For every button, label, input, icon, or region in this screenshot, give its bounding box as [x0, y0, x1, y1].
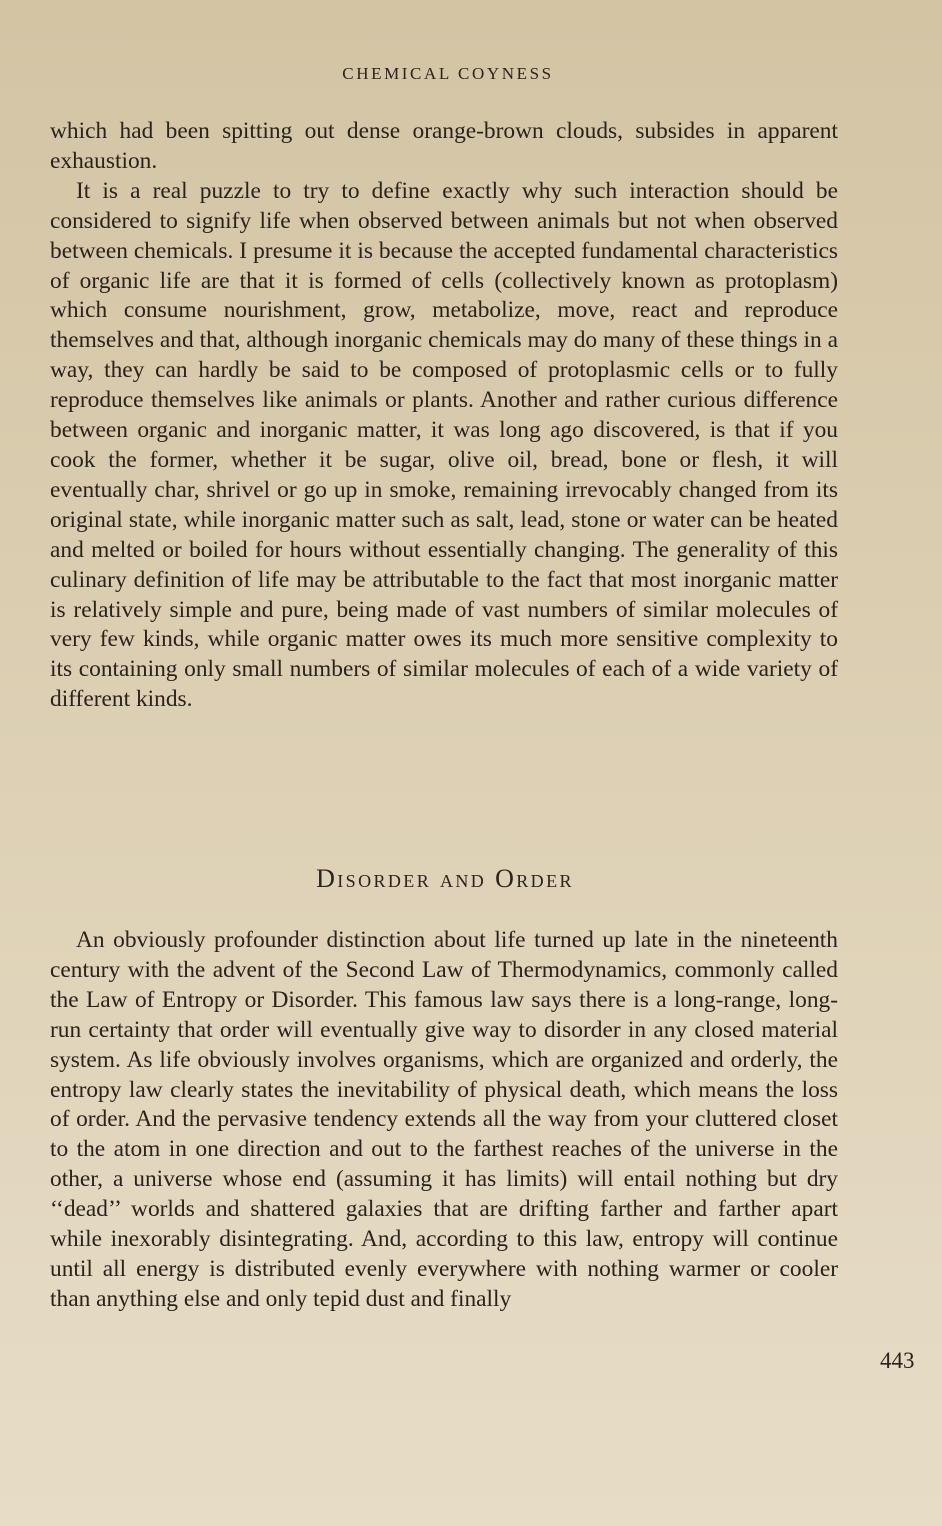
body-text-part2: An obviously profounder distinction abou…	[50, 926, 838, 1315]
paragraph-continuation: which had been spitting out dense orange…	[50, 117, 838, 177]
section-heading: Disorder and Order	[0, 864, 890, 894]
paragraph-organic-life: It is a real puzzle to try to define exa…	[50, 177, 838, 715]
book-page: CHEMICAL COYNESS which had been spitting…	[0, 0, 942, 1526]
page-number: 443	[880, 1348, 915, 1374]
paragraph-entropy: An obviously profounder distinction abou…	[50, 926, 838, 1315]
body-text-part1: which had been spitting out dense orange…	[50, 117, 838, 715]
running-head: CHEMICAL COYNESS	[0, 64, 896, 84]
